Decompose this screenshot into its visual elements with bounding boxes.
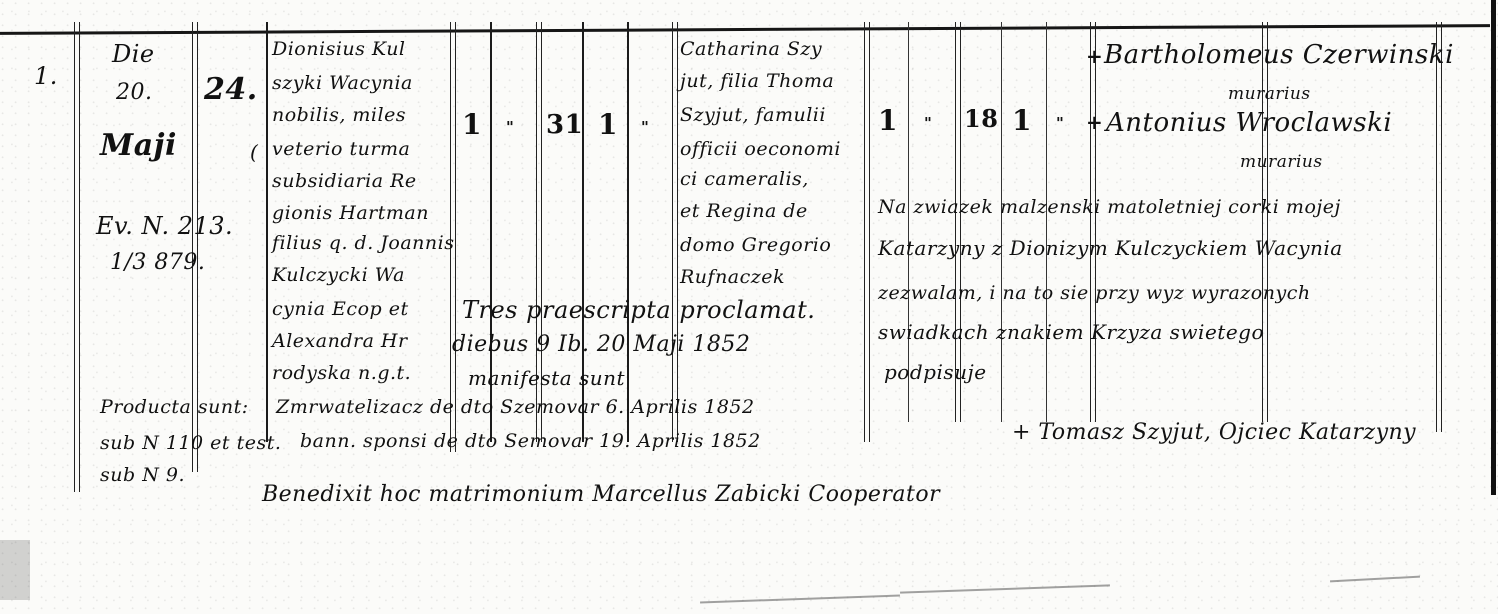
reference-line-1: Ev. N. 213. (96, 212, 233, 240)
bride-line: domo Gregorio (680, 234, 831, 256)
page-edge (1491, 0, 1496, 495)
cross-mark: + (1086, 44, 1103, 68)
reference-line-2: 1/3 879. (110, 250, 205, 275)
groom-line: Kulczycki Wa (272, 264, 405, 286)
bride-age: 18 (964, 104, 998, 133)
witness-1-trade: murarius (1228, 84, 1311, 104)
column-rule (672, 22, 678, 442)
consent-line: zezwalam, i na to sie przy wyz wyrazonyc… (878, 282, 1311, 304)
banns-line-3: manifesta sunt (468, 366, 625, 390)
column-rule (627, 22, 629, 442)
date-day: 20. (116, 80, 153, 105)
produced-label-1: Producta sunt: (100, 396, 249, 418)
produced-item-1: Zmrwatelizacz de dto Szemovar 6. Aprilis… (276, 396, 755, 418)
groom-col4-mark: 1 (598, 108, 618, 141)
consent-line: podpisuje (884, 360, 987, 384)
scan-artifact (0, 540, 30, 600)
consent-line: Na zwiazek malzenski matoletniej corki m… (878, 196, 1341, 218)
bride-line: Szyjut, famulii (680, 104, 826, 126)
house-number: 24. (204, 72, 258, 107)
column-rule (864, 22, 870, 442)
groom-line: subsidiaria Re (272, 170, 417, 192)
groom-col2-mark: " (506, 118, 514, 136)
consent-line: swiadkach znakiem Krzyza swietego (878, 320, 1264, 344)
groom-col5-mark: " (641, 118, 649, 136)
scan-artifact (1330, 576, 1420, 583)
produced-label-3: sub N 9. (100, 464, 185, 486)
column-rule (1046, 22, 1047, 422)
groom-line: szyki Wacynia (272, 72, 413, 94)
witness-1-name: Bartholomeus Czerwinski (1104, 40, 1454, 70)
witness-2-name: Antonius Wroclawski (1106, 108, 1392, 138)
bride-col5-mark: " (1056, 114, 1064, 132)
banns-line-1: Tres praescripta proclamat. (462, 296, 815, 324)
father-signature: + Tomasz Szyjut, Ojciec Katarzyny (1012, 420, 1416, 445)
groom-line: nobilis, miles (272, 104, 406, 126)
produced-item-2: bann. sponsi de dto Semovar 19. Aprilis … (300, 430, 761, 452)
banns-line-2: diebus 9 Ib. 20 Maji 1852 (452, 332, 750, 357)
paren-mark: ( (250, 140, 258, 164)
register-page-scan: 1. Die 20. Maji Ev. N. 213. 1/3 879. 24.… (0, 0, 1498, 614)
bride-col4-mark: 1 (1012, 104, 1032, 137)
column-rule (1436, 22, 1442, 432)
bride-line: officii oeconomi (680, 138, 841, 160)
produced-label-2: sub N 110 et test. (100, 432, 281, 454)
date-month: Maji (100, 128, 177, 163)
consent-line: Katarzyny z Dionizym Kulczyckiem Wacynia (878, 236, 1343, 260)
groom-line: filius q. d. Joannis (272, 232, 454, 254)
groom-line: veterio turma (272, 138, 410, 160)
groom-age: 31 (546, 110, 583, 140)
column-rule (1262, 22, 1268, 422)
entry-number: 1. (34, 62, 58, 90)
groom-line: Dionisius Kul (272, 38, 406, 60)
bride-line: et Regina de (680, 200, 808, 222)
groom-religion-mark: 1 (462, 108, 482, 141)
bride-line: ci cameralis, (680, 168, 809, 190)
bride-line: jut, filia Thoma (680, 70, 834, 92)
bride-col2-mark: " (924, 114, 932, 132)
scan-artifact (900, 584, 1110, 593)
scan-artifact (700, 595, 900, 604)
witness-2-trade: murarius (1240, 152, 1323, 172)
groom-line: gionis Hartman (272, 202, 429, 224)
groom-line: rodyska n.g.t. (272, 362, 411, 384)
bride-line: Rufnaczek (680, 266, 785, 288)
cross-mark: + (1086, 110, 1103, 134)
column-rule (1090, 22, 1096, 422)
celebrant-line: Benedixit hoc matrimonium Marcellus Zabi… (262, 482, 940, 507)
column-rule (1001, 22, 1002, 422)
groom-line: Alexandra Hr (272, 330, 408, 352)
bride-religion-mark: 1 (878, 104, 898, 137)
column-rule (74, 22, 80, 492)
groom-line: cynia Ecop et (272, 298, 409, 320)
date-day-word: Die (112, 40, 155, 68)
bride-line: Catharina Szy (680, 38, 822, 60)
column-rule (266, 22, 268, 442)
